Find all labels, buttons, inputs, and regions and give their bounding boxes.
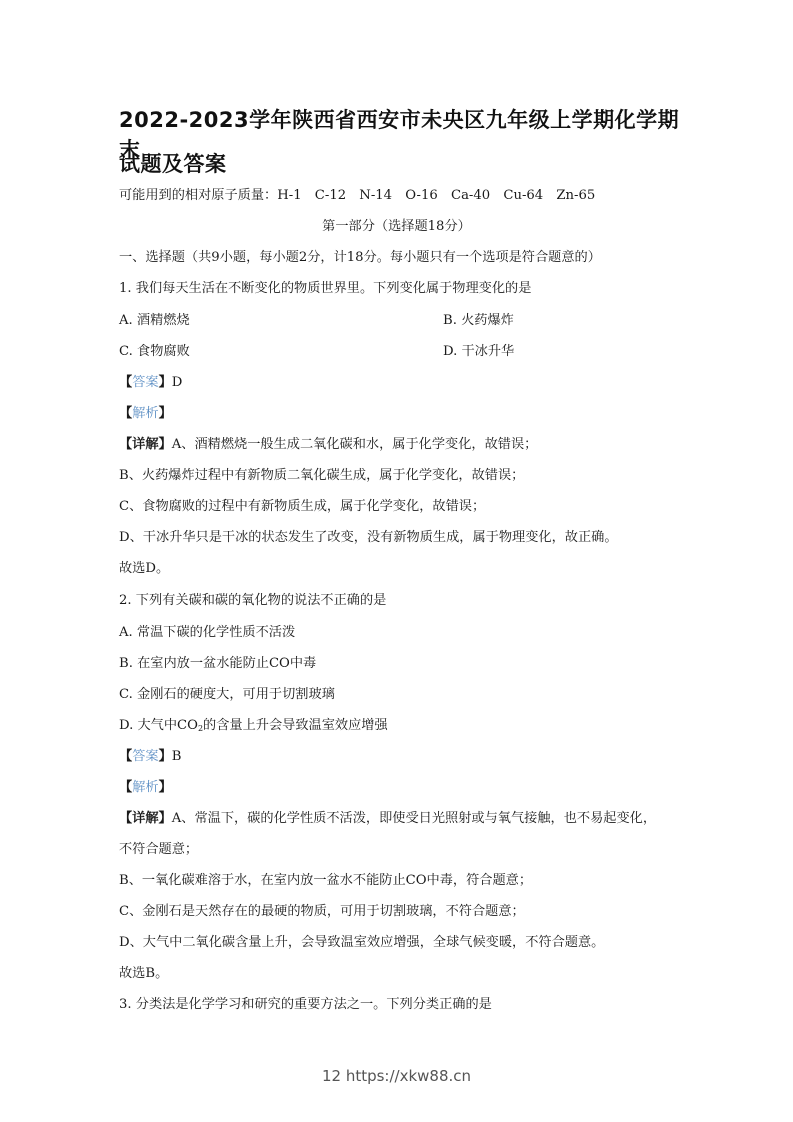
answer-label: 答案 <box>132 375 158 390</box>
q2-answer: 【答案】B <box>119 748 181 766</box>
q1-answer: 【答案】D <box>119 374 182 392</box>
q2-detail-c: C、金刚石是天然存在的最硬的物质，可用于切割玻璃，不符合题意； <box>119 903 525 921</box>
q2-detail-a-cont: 不符合题意； <box>119 841 198 859</box>
q2-answer-value: B <box>172 749 182 764</box>
q1-detail-a: 【详解】A、酒精燃烧一般生成二氧化碳和水，属于化学变化，故错误； <box>119 436 537 454</box>
q2-option-c: C. 金刚石的硬度大，可用于切割玻璃 <box>119 686 335 704</box>
q1-option-c: C. 食物腐败 <box>119 343 190 361</box>
answer-label: 答案 <box>132 749 158 764</box>
q2-detail-b: B、一氧化碳难溶于水，在室内放一盆水不能防止CO中毒，符合题意； <box>119 872 532 890</box>
section-heading: 一、选择题（共9小题，每小题2分，计18分。每小题只有一个选项是符合题意的） <box>119 249 601 267</box>
q3-stem: 3. 分类法是化学学习和研究的重要方法之一。下列分类正确的是 <box>119 996 492 1014</box>
q2-option-a: A. 常温下碳的化学性质不活泼 <box>119 624 295 642</box>
q2-analysis-label: 【解析】 <box>119 779 172 797</box>
q1-answer-value: D <box>172 375 183 390</box>
q1-option-b: B. 火药爆炸 <box>443 312 514 330</box>
q1-detail-c: C、食物腐败的过程中有新物质生成，属于化学变化，故错误； <box>119 498 485 516</box>
q2-stem: 2. 下列有关碳和碳的氧化物的说法不正确的是 <box>119 592 386 610</box>
page-footer: 12 https://xkw88.cn <box>0 1067 793 1085</box>
q2-conclusion: 故选B。 <box>119 965 168 983</box>
q2-option-b: B. 在室内放一盆水能防止CO中毒 <box>119 655 316 673</box>
part-heading: 第一部分（选择题18分） <box>0 218 793 236</box>
document-title-line-2: 试题及答案 <box>119 148 689 178</box>
atomic-masses: 可能用到的相对原子质量：H-1 C-12 N-14 O-16 Ca-40 Cu-… <box>119 187 595 205</box>
q2-detail-a: 【详解】A、常温下，碳的化学性质不活泼，即使受日光照射或与氧气接触，也不易起变化… <box>119 810 656 828</box>
q1-detail-b: B、火药爆炸过程中有新物质二氧化碳生成，属于化学变化，故错误； <box>119 467 524 485</box>
q1-option-a: A. 酒精燃烧 <box>119 312 190 330</box>
q2-detail-d: D、大气中二氧化碳含量上升，会导致温室效应增强，全球气候变暖，不符合题意。 <box>119 934 604 952</box>
q1-analysis-label: 【解析】 <box>119 405 172 423</box>
q1-conclusion: 故选D。 <box>119 560 169 578</box>
q1-option-d: D. 干冰升华 <box>443 343 514 361</box>
q1-stem: 1. 我们每天生活在不断变化的物质世界里。下列变化属于物理变化的是 <box>119 280 531 298</box>
document-page: 2022-2023学年陕西省西安市未央区九年级上学期化学期末 试题及答案 可能用… <box>0 0 793 1122</box>
q2-option-d: D. 大气中CO2的含量上升会导致温室效应增强 <box>119 717 388 738</box>
q1-detail-d: D、干冰升华只是干冰的状态发生了改变，没有新物质生成，属于物理变化，故正确。 <box>119 529 618 547</box>
